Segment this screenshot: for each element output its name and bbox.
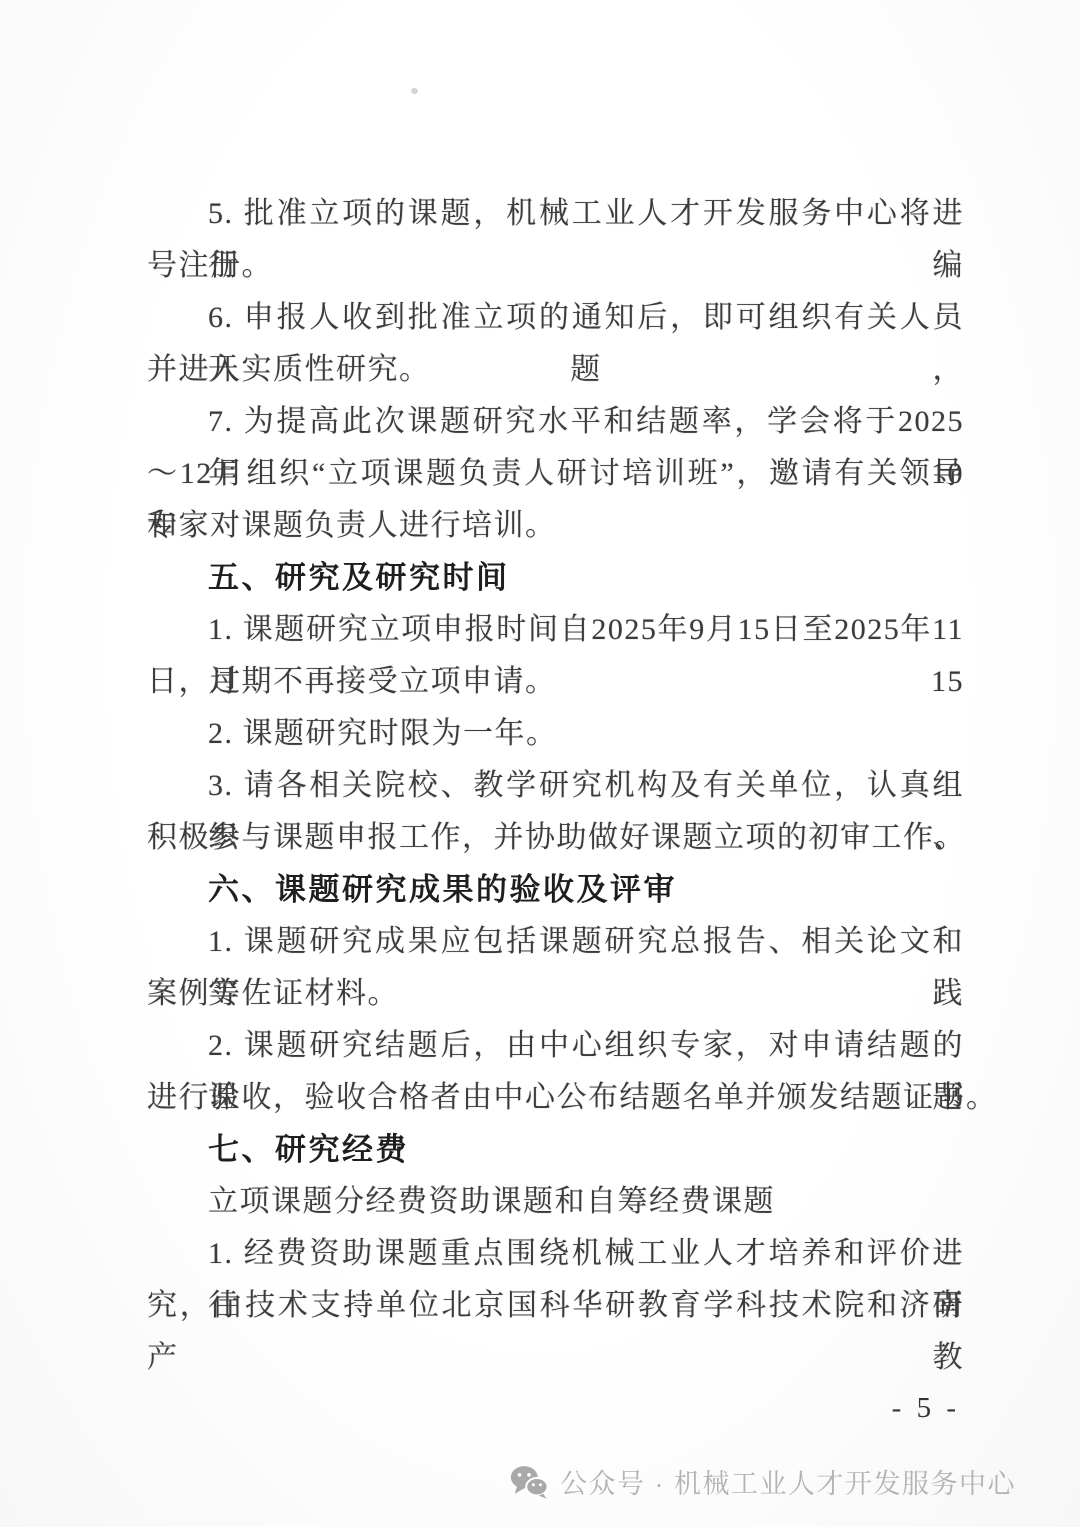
text-line: 2. 课题研究时限为一年。 <box>147 708 964 760</box>
section-heading: 七、研究经费 <box>147 1124 964 1176</box>
section-heading: 六、课题研究成果的验收及评审 <box>147 864 964 916</box>
text-line: ～12月组织“立项课题负责人研讨培训班”，邀请有关领导和 <box>147 448 964 500</box>
document-body: 5. 批准立项的课题，机械工业人才开发服务中心将进行编号注册。6. 申报人收到批… <box>147 188 964 1332</box>
text-line: 5. 批准立项的课题，机械工业人才开发服务中心将进行编 <box>147 188 964 240</box>
text-line: 1. 课题研究成果应包括课题研究总报告、相关论文和实践 <box>147 916 964 968</box>
text-line: 3. 请各相关院校、教学研究机构及有关单位，认真组织、 <box>147 760 964 812</box>
text-line: 积极参与课题申报工作，并协助做好课题立项的初审工作。 <box>147 812 964 864</box>
text-line: 立项课题分经费资助课题和自筹经费课题 <box>147 1176 964 1228</box>
document-page: 5. 批准立项的课题，机械工业人才开发服务中心将进行编号注册。6. 申报人收到批… <box>0 0 1080 1527</box>
footer-watermark: 公众号 · 机械工业人才开发服务中心 <box>510 1462 1016 1501</box>
scan-speck <box>411 88 418 94</box>
text-line: 专家对课题负责人进行培训。 <box>147 500 964 552</box>
text-line: 进行验收，验收合格者由中心公布结题名单并颁发结题证书。 <box>147 1072 964 1124</box>
text-line: 究，由技术支持单位北京国科华研教育学科技术院和济南产教 <box>147 1280 964 1332</box>
text-line: 1. 课题研究立项申报时间自2025年9月15日至2025年11月15 <box>147 604 964 656</box>
watermark-text: 公众号 · 机械工业人才开发服务中心 <box>560 1462 1016 1501</box>
wechat-icon <box>510 1465 548 1499</box>
text-line: 6. 申报人收到批准立项的通知后，即可组织有关人员开题， <box>147 292 964 344</box>
text-line: 1. 经费资助课题重点围绕机械工业人才培养和评价进行研 <box>147 1228 964 1280</box>
text-line: 2. 课题研究结题后，由中心组织专家，对申请结题的课题 <box>147 1020 964 1072</box>
text-line: 7. 为提高此次课题研究水平和结题率，学会将于2025年10 <box>147 396 964 448</box>
section-heading: 五、研究及研究时间 <box>147 552 964 604</box>
page-number: - 5 - <box>892 1392 960 1425</box>
